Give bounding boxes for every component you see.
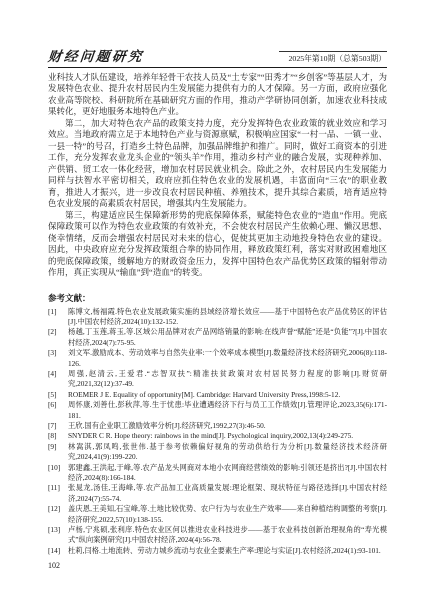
reference-number: [10] — [48, 463, 60, 473]
reference-item: [2]杨越,丁玉莲,蒋玉,等.区域公用品牌对农产品网络销量的影响:在线声誉“赋能… — [48, 327, 387, 348]
reference-item: [11]张晁龙,汤佳,王海峰,等.农产品加工业高质量发展:理论框架、现状特征与路… — [48, 483, 387, 504]
reference-text: 卢杨,宁兆硕,张利庠.特色农业区何以推进农业科技进步——基于农业科技创新治理视角… — [68, 525, 387, 544]
journal-page: 财经问题研究 2025年第10期（总第503期） 业科技人才队伍建设，培养年轻骨… — [0, 0, 427, 600]
reference-text: 刘文军.激励成本、劳动效率与自然失业率:一个效率成本模型[J].数量经济技术经济… — [68, 348, 387, 367]
page-number: 102 — [48, 561, 387, 570]
reference-number: [3] — [48, 348, 57, 358]
reference-number: [7] — [48, 421, 57, 431]
reference-number: [13] — [48, 525, 60, 535]
reference-text: 张晁龙,汤佳,王海峰,等.农产品加工业高质量发展:理论框架、现状特征与路径选择[… — [68, 483, 387, 502]
reference-item: [9]林嵩淇,郭凤鸣,张世伟.基于参考依赖偏好视角的劳动供给行为分析[J].数量… — [48, 442, 387, 463]
reference-item: [10]郭建鑫,王洪起,于峰,等.农产品龙头网商对本地小农网商经营绩效的影响:引… — [48, 463, 387, 484]
reference-item: [3]刘文军.激励成本、劳动效率与自然失业率:一个效率成本模型[J].数量经济技… — [48, 348, 387, 369]
page-header: 财经问题研究 2025年第10期（总第503期） — [48, 50, 387, 68]
reference-number: [14] — [48, 546, 60, 556]
reference-text: 周强,赵清云,王爱君.“志智双扶”:精准扶贫政策对农村居民努力程度的影响[J].… — [68, 369, 387, 388]
reference-text: SNYDER C R. Hope theory: rainbows in the… — [68, 431, 353, 440]
article-body: 业科技人才队伍建设，培养年轻骨干农技人员及“土专家”“田秀才”“乡创客”等基层人… — [48, 72, 387, 279]
issue-info: 2025年第10期（总第503期） — [279, 51, 387, 63]
body-paragraph: 第二，加大对特色农产品的政策支持力度，充分发挥特色农业政策的就业效应和学习效应。… — [48, 118, 387, 210]
reference-item: [14]杜莉,闫格.土地流转、劳动力城乡流动与农业全要素生产率:理论与实证[J]… — [48, 546, 387, 556]
reference-item: [13]卢杨,宁兆硕,张利庠.特色农业区何以推进农业科技进步——基于农业科技创新… — [48, 525, 387, 546]
reference-item: [4]周强,赵清云,王爱君.“志智双扶”:精准扶贫政策对农村居民努力程度的影响[… — [48, 369, 387, 390]
reference-list: [1]陈博文,杨福霞.特色农业发展政策实施的县域经济增长效应——基于中国特色农产… — [48, 307, 387, 557]
reference-text: 林嵩淇,郭凤鸣,张世伟.基于参考依赖偏好视角的劳动供给行为分析[J].数量经济技… — [68, 442, 387, 461]
journal-logo: 财经问题研究 — [47, 50, 144, 64]
reference-number: [9] — [48, 442, 57, 452]
body-paragraph: 第三，构建适应民生保障新形势的兜底保障体系，赋能特色农业的“造血”作用。兜底保障… — [48, 210, 387, 279]
reference-item: [8]SNYDER C R. Hope theory: rainbows in … — [48, 431, 387, 441]
reference-text: ROEMER J E. Equality of opportunity[M]. … — [68, 390, 340, 399]
references-title: 参考文献： — [48, 292, 387, 304]
reference-item: [1]陈博文,杨福霞.特色农业发展政策实施的县域经济增长效应——基于中国特色农产… — [48, 307, 387, 328]
reference-number: [12] — [48, 504, 60, 514]
reference-number: [5] — [48, 390, 57, 400]
reference-text: 陈博文,杨福霞.特色农业发展政策实施的县域经济增长效应——基于中国特色农产品优势… — [68, 307, 387, 326]
reference-text: 盖庆恩,王美知,石宝峰,等.土地比较优势、农户行为与农业生产效率——来自种植结构… — [68, 504, 387, 523]
reference-number: [4] — [48, 369, 57, 379]
reference-number: [8] — [48, 431, 57, 441]
reference-number: [2] — [48, 327, 57, 337]
reference-item: [7]王欣.国有企业职工激励效率分析[J].经济研究,1992,27(3):46… — [48, 421, 387, 431]
reference-item: [12]盖庆恩,王美知,石宝峰,等.土地比较优势、农户行为与农业生产效率——来自… — [48, 504, 387, 525]
reference-item: [6]周怀康,刘善仕,彭秋萍,等.生于忧患:毕业遭遇经济下行与员工工作绩效[J]… — [48, 400, 387, 421]
body-paragraph: 业科技人才队伍建设，培养年轻骨干农技人员及“土专家”“田秀才”“乡创客”等基层人… — [48, 72, 387, 118]
reference-text: 郭建鑫,王洪起,于峰,等.农产品龙头网商对本地小农网商经营绩效的影响:引领还是挤… — [68, 463, 387, 482]
reference-text: 周怀康,刘善仕,彭秋萍,等.生于忧患:毕业遭遇经济下行与员工工作绩效[J].管理… — [68, 400, 387, 419]
reference-item: [5]ROEMER J E. Equality of opportunity[M… — [48, 390, 387, 400]
reference-text: 王欣.国有企业职工激励效率分析[J].经济研究,1992,27(3):46-50… — [68, 421, 266, 430]
reference-number: [1] — [48, 307, 57, 317]
reference-text: 杨越,丁玉莲,蒋玉,等.区域公用品牌对农产品网络销量的影响:在线声誉“赋能”还是… — [68, 327, 387, 346]
reference-number: [11] — [48, 483, 60, 493]
reference-number: [6] — [48, 400, 57, 410]
reference-text: 杜莉,闫格.土地流转、劳动力城乡流动与农业全要素生产率:理论与实证[J].农村经… — [68, 546, 381, 555]
